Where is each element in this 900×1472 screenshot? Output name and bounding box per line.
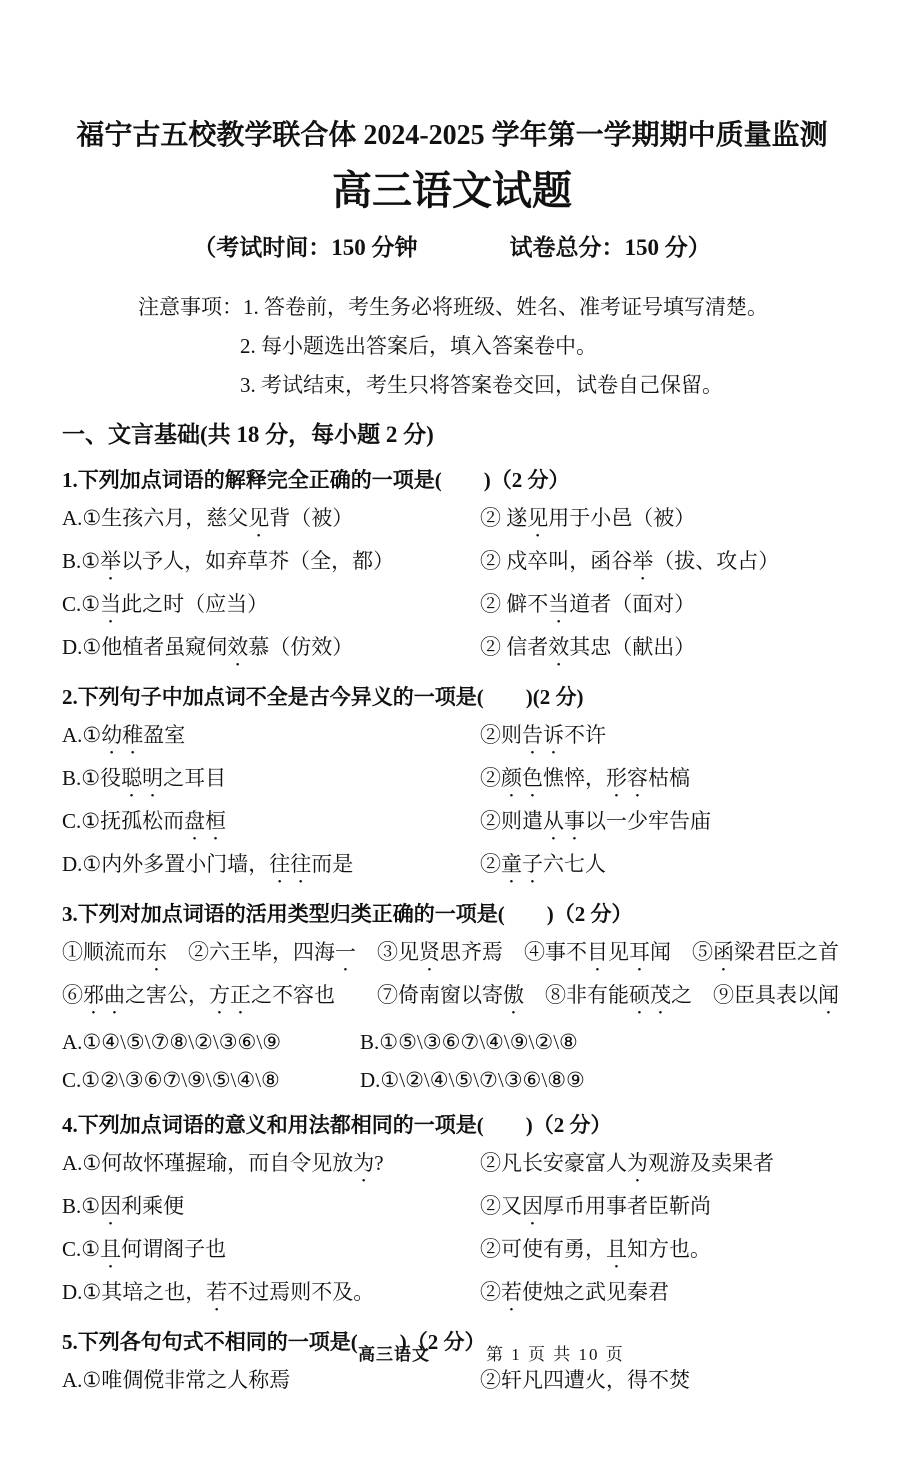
question-4-option-row-c: C.①且何谓阁子也 ②可使有勇，且知方也。 — [62, 1230, 842, 1273]
option-c-part-1: C.①抚孤松而盘桓 — [62, 802, 480, 845]
footer-page-number: 第 1 页 共 10 页 — [486, 1340, 625, 1365]
option-a-part-2: ②凡长安豪富人为观游及卖果者 — [480, 1144, 842, 1187]
option-d-part-1: D.①他植者虽窥伺效慕（仿效） — [62, 628, 480, 671]
exam-time-score-info: （考试时间：150 分钟 试卷总分：150 分） — [62, 232, 842, 264]
question-2-stem: 2.下列句子中加点词不全是古今异义的一项是( )(2 分) — [62, 678, 842, 716]
question-3-option-row-ab: A.①④\⑤\⑦⑧\②\③⑥\⑨ B.①⑤\③⑥⑦\④\⑨\②\⑧ — [62, 1023, 842, 1061]
question-4-option-row-b: B.①因利乘便 ②又因厚币用事者臣靳尚 — [62, 1187, 842, 1230]
question-4-option-row-a: A.①何故怀瑾握瑜，而自令见放为? ②凡长安豪富人为观游及卖果者 — [62, 1144, 842, 1187]
option-d-part-2: ②若使烛之武见秦君 — [480, 1273, 842, 1316]
exam-header-title: 福宁古五校教学联合体 2024-2025 学年第一学期期中质量监测 — [62, 118, 842, 154]
footer-subject: 高三语文 — [358, 1340, 430, 1365]
question-3-option-row-cd: C.①②\③⑥⑦\⑨\⑤\④\⑧ D.①\②\④\⑤\⑦\③⑥\⑧⑨ — [62, 1061, 842, 1099]
option-d-part-1: D.①其培之也，若不过焉则不及。 — [62, 1273, 480, 1316]
section-title: 一、文言基础(共 18 分，每小题 2 分) — [62, 416, 842, 454]
question-2-option-row-c: C.①抚孤松而盘桓 ②则遣从事以一少牢告庙 — [62, 802, 842, 845]
question-3-stem: 3.下列对加点词语的活用类型归类正确的一项是( )（2 分） — [62, 895, 842, 933]
note-item-1: 1. 答卷前，考生务必将班级、姓名、准考证号填写清楚。 — [243, 295, 768, 319]
option-c-part-1: C.①且何谓阁子也 — [62, 1230, 480, 1273]
question-4-stem: 4.下列加点词语的意义和用法都相同的一项是( )（2 分） — [62, 1106, 842, 1144]
question-1-option-row-b: B.①举以予人，如弃草芥（全，都） ② 戍卒叫，函谷举（拔、攻占） — [62, 542, 842, 585]
exam-notes: 注意事项：1. 答卷前，考生务必将班级、姓名、准考证号填写清楚。 2. 每小题选… — [138, 288, 842, 405]
question-5-option-row-a: A.①唯倜傥非常之人称焉 ②轩凡四遭火，得不焚 — [62, 1361, 842, 1399]
question-1-stem: 1.下列加点词语的解释完全正确的一项是( )（2 分） — [62, 461, 842, 499]
option-b-part-2: ② 戍卒叫，函谷举（拔、攻占） — [480, 542, 842, 585]
question-3-items-line-1: ①顺流而东 ②六王毕，四海一 ③见贤思齐焉 ④事不目见耳闻 ⑤函梁君臣之首 — [62, 933, 842, 976]
option-c-part-2: ②则遣从事以一少牢告庙 — [480, 802, 842, 845]
question-1-option-row-a: A.①生孩六月，慈父见背（被） ② 遂见用于小邑（被） — [62, 499, 842, 542]
page-title: 高三语文试题 — [62, 166, 842, 216]
option-c-part-2: ②可使有勇，且知方也。 — [480, 1230, 842, 1273]
question-2-option-row-a: A.①幼稚盈室 ②则告诉不许 — [62, 716, 842, 759]
option-b-part-2: ②又因厚币用事者臣靳尚 — [480, 1187, 842, 1230]
option-c-part-1: C.①当此之时（应当） — [62, 585, 480, 628]
question-1-option-row-d: D.①他植者虽窥伺效慕（仿效） ② 信者效其忠（献出） — [62, 628, 842, 671]
question-1-option-row-c: C.①当此之时（应当） ② 僻不当道者（面对） — [62, 585, 842, 628]
note-line-1: 注意事项：1. 答卷前，考生务必将班级、姓名、准考证号填写清楚。 — [138, 288, 842, 327]
page-footer: 高三语文 第 1 页 共 10 页 — [62, 1340, 842, 1365]
option-d: D.①\②\④\⑤\⑦\③⑥\⑧⑨ — [360, 1061, 842, 1099]
option-a-part-1: A.①生孩六月，慈父见背（被） — [62, 499, 480, 542]
question-2: 2.下列句子中加点词不全是古今异义的一项是( )(2 分) A.①幼稚盈室 ②则… — [62, 678, 842, 888]
option-a-part-2: ②轩凡四遭火，得不焚 — [480, 1361, 842, 1399]
option-c: C.①②\③⑥⑦\⑨\⑤\④\⑧ — [62, 1061, 360, 1099]
question-3: 3.下列对加点词语的活用类型归类正确的一项是( )（2 分） ①顺流而东 ②六王… — [62, 895, 842, 1099]
option-a: A.①④\⑤\⑦⑧\②\③⑥\⑨ — [62, 1023, 360, 1061]
option-a-part-2: ②则告诉不许 — [480, 716, 842, 759]
question-1: 1.下列加点词语的解释完全正确的一项是( )（2 分） A.①生孩六月，慈父见背… — [62, 461, 842, 671]
question-4: 4.下列加点词语的意义和用法都相同的一项是( )（2 分） A.①何故怀瑾握瑜，… — [62, 1106, 842, 1316]
option-c-part-2: ② 僻不当道者（面对） — [480, 585, 842, 628]
option-d-part-2: ②童子六七人 — [480, 845, 842, 888]
option-a-part-1: A.①何故怀瑾握瑜，而自令见放为? — [62, 1144, 480, 1187]
option-a-part-1: A.①幼稚盈室 — [62, 716, 480, 759]
option-b-part-1: B.①役聪明之耳目 — [62, 759, 480, 802]
question-2-option-row-b: B.①役聪明之耳目 ②颜色憔悴，形容枯槁 — [62, 759, 842, 802]
option-d-part-2: ② 信者效其忠（献出） — [480, 628, 842, 671]
note-item-3: 3. 考试结束，考生只将答案卷交回，试卷自己保留。 — [138, 366, 842, 405]
exam-page: 福宁古五校教学联合体 2024-2025 学年第一学期期中质量监测 高三语文试题… — [0, 0, 900, 1472]
question-2-option-row-d: D.①内外多置小门墙，往往而是 ②童子六七人 — [62, 845, 842, 888]
option-b: B.①⑤\③⑥⑦\④\⑨\②\⑧ — [360, 1023, 842, 1061]
question-3-items-line-2: ⑥邪曲之害公，方正之不容也 ⑦倚南窗以寄傲 ⑧非有能硕茂之 ⑨臣具表以闻 — [62, 976, 842, 1019]
option-a-part-1: A.①唯倜傥非常之人称焉 — [62, 1361, 480, 1399]
question-4-option-row-d: D.①其培之也，若不过焉则不及。 ②若使烛之武见秦君 — [62, 1273, 842, 1316]
option-b-part-1: B.①因利乘便 — [62, 1187, 480, 1230]
option-a-part-2: ② 遂见用于小邑（被） — [480, 499, 842, 542]
option-b-part-1: B.①举以予人，如弃草芥（全，都） — [62, 542, 480, 585]
option-d-part-1: D.①内外多置小门墙，往往而是 — [62, 845, 480, 888]
note-item-2: 2. 每小题选出答案后，填入答案卷中。 — [138, 327, 842, 366]
option-b-part-2: ②颜色憔悴，形容枯槁 — [480, 759, 842, 802]
notes-label: 注意事项： — [138, 295, 243, 319]
